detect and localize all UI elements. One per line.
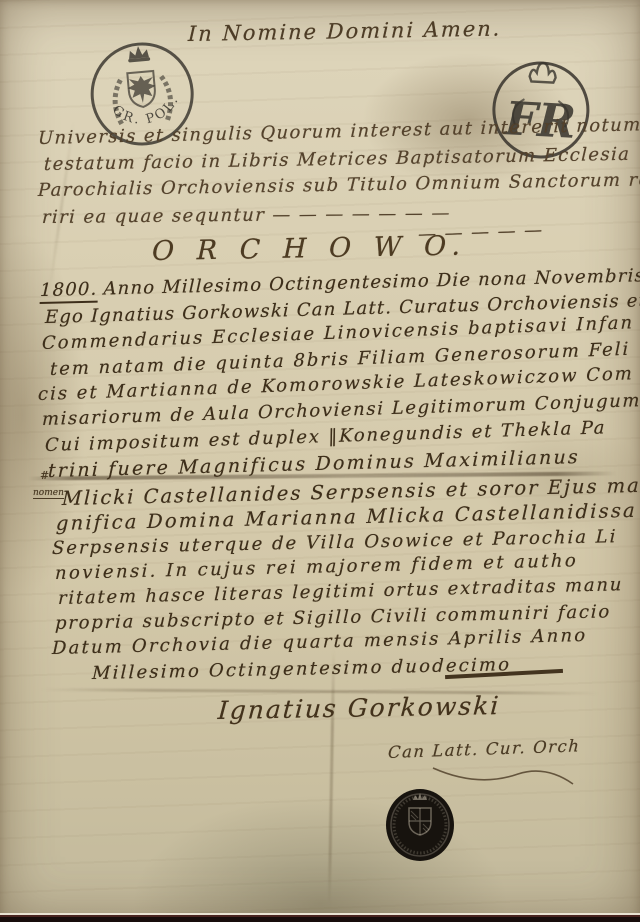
year-underlined: 1800.: [40, 279, 98, 304]
photographed-document: GR. POL. 8 FR In Nomine Domini Amen. Uni…: [0, 0, 640, 922]
display-shelf-edge: [0, 913, 640, 922]
margin-note-text: nomen: [33, 488, 64, 499]
margin-insert-mark: #: [40, 469, 49, 482]
margin-note: nomen: [33, 488, 64, 498]
place-title: O R C H O W O.: [152, 230, 468, 267]
wax-seal-icon: [383, 786, 457, 864]
manuscript-line: riri ea quae sequntur — — — — — — —: [42, 203, 452, 228]
signature: Ignatius Gorkowski: [217, 691, 501, 725]
